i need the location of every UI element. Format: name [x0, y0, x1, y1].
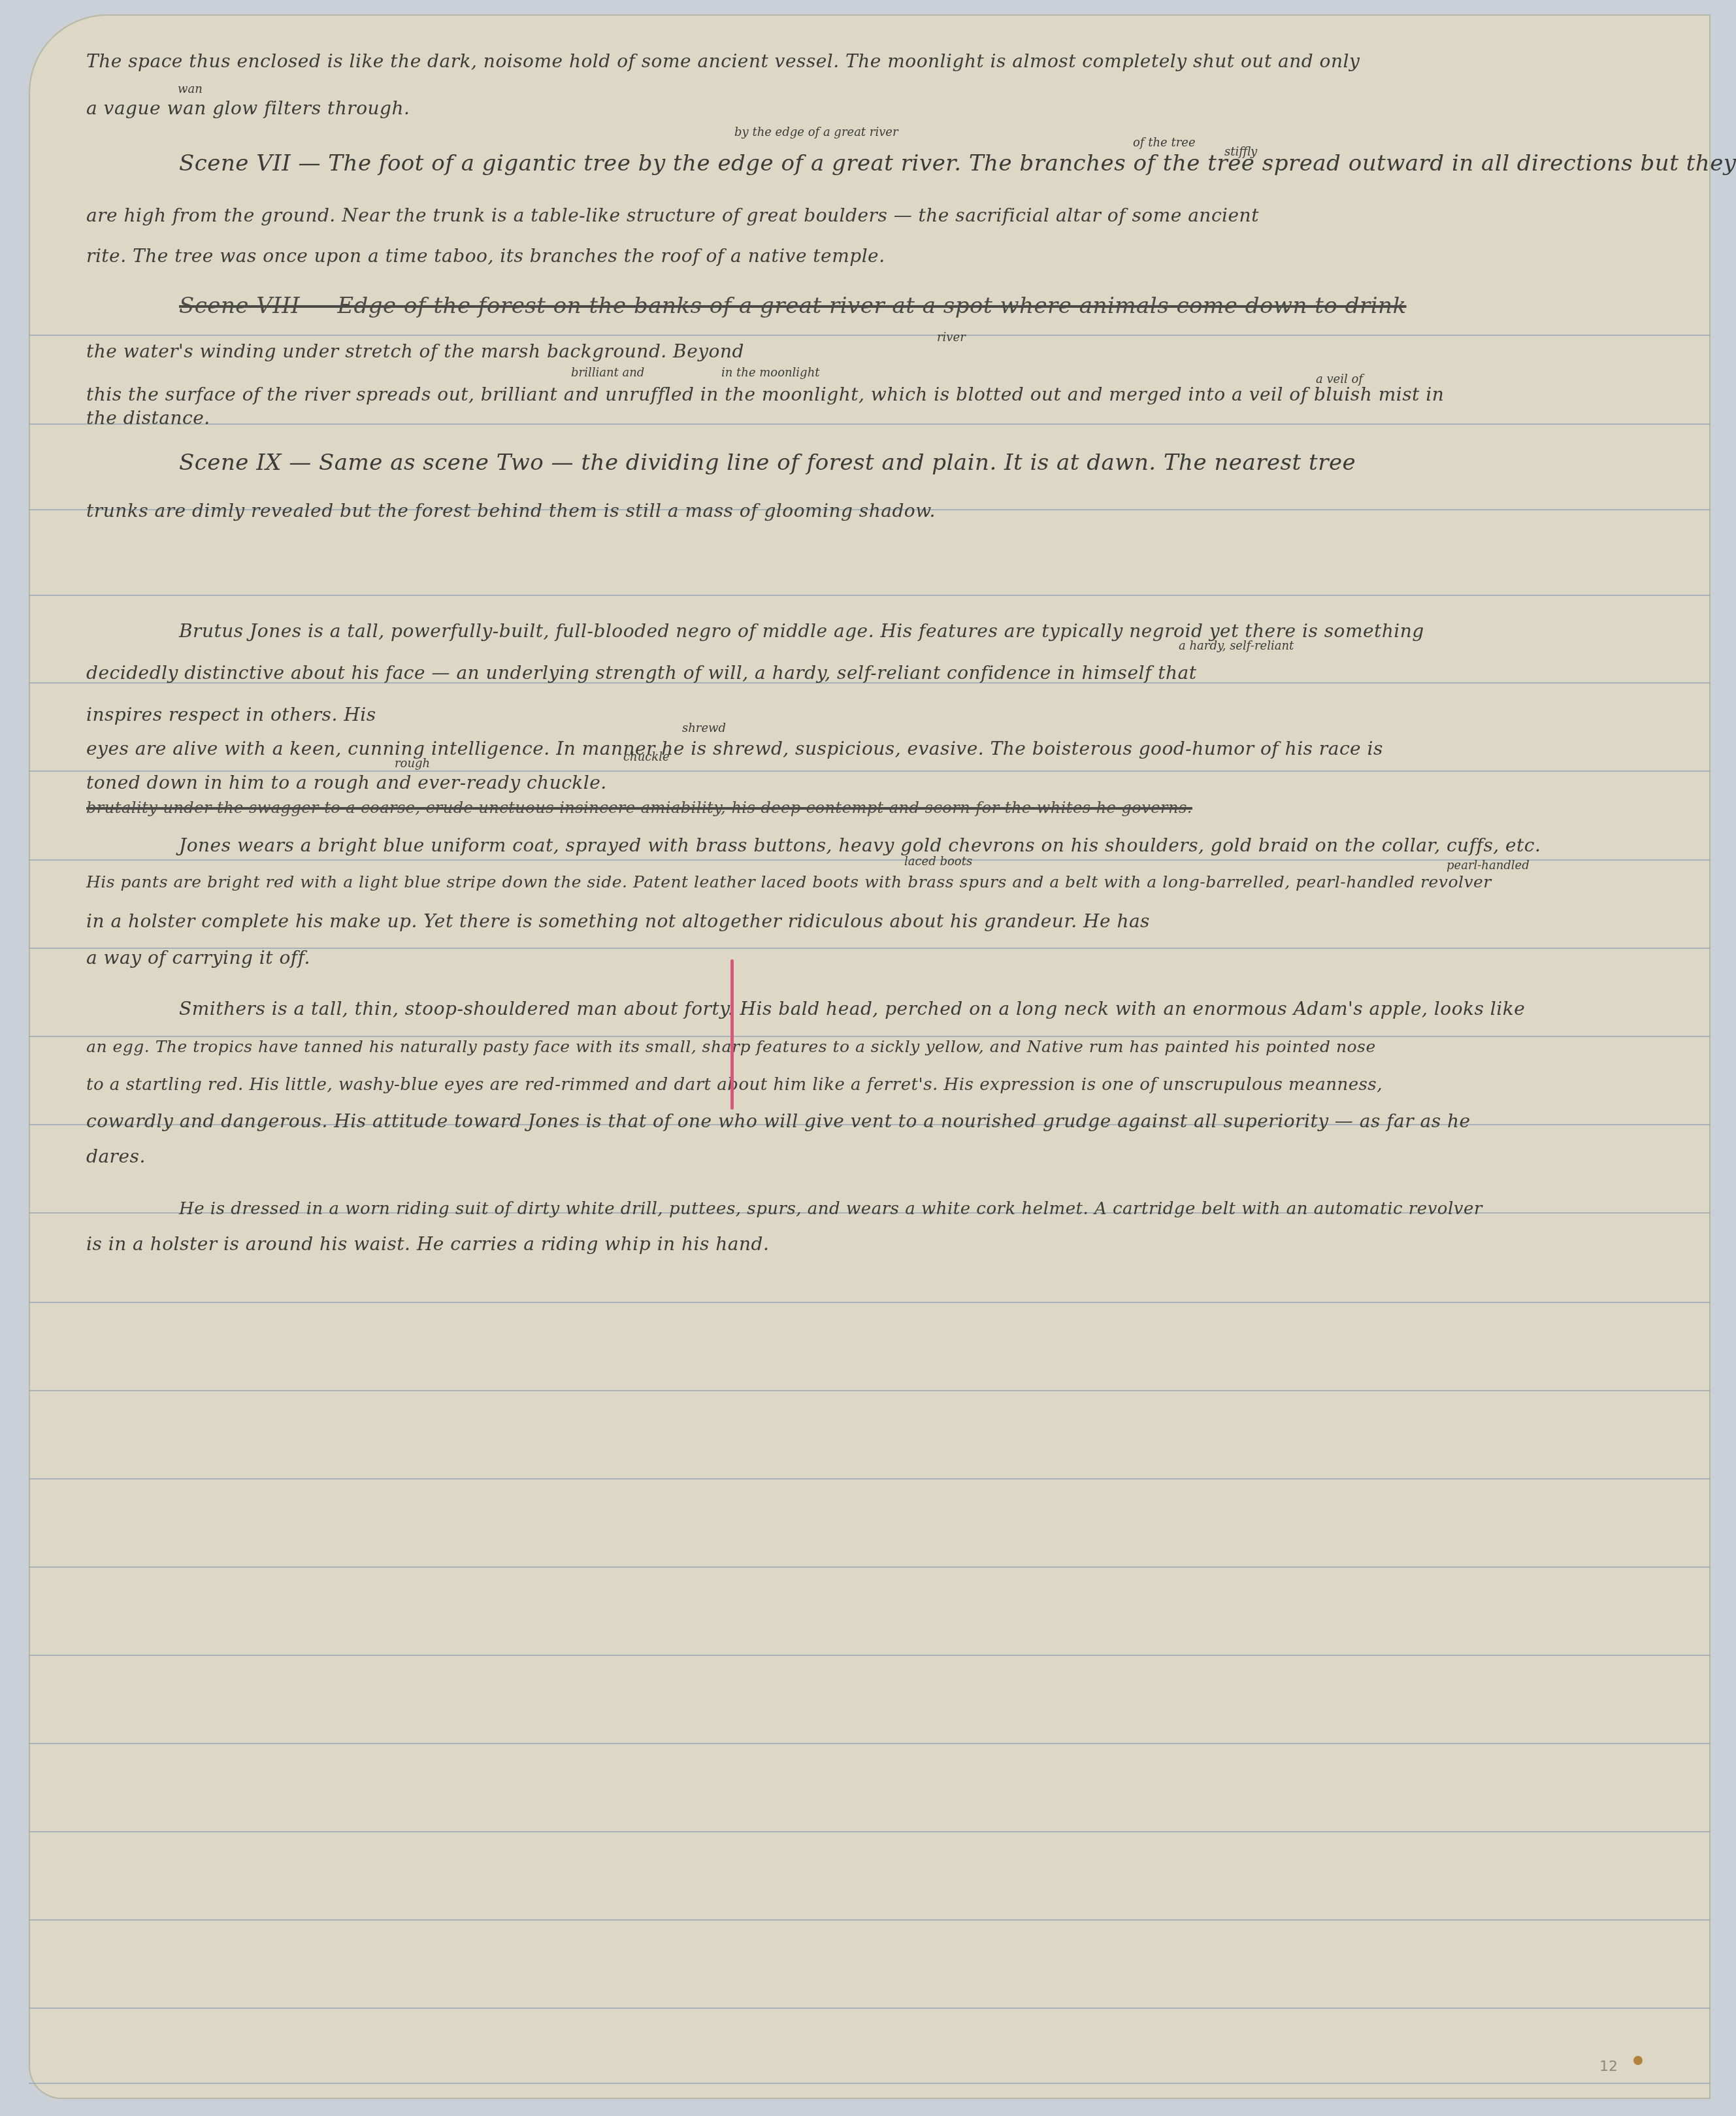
ruled-line	[29, 423, 1711, 425]
ruled-line	[29, 335, 1711, 336]
scene-heading: Scene VII — The foot of a gigantic tree …	[179, 152, 1736, 175]
scene-heading: Scene VIII — Edge of the forest on the b…	[179, 294, 1407, 318]
insertion: brilliant and	[571, 366, 644, 380]
text-line: The space thus enclosed is like the dark…	[86, 50, 1360, 73]
text-line: the water's winding under stretch of the…	[86, 340, 744, 363]
text-line: He is dressed in a worn riding suit of d…	[179, 1197, 1482, 1221]
insertion: wan	[178, 82, 203, 96]
ink-stain	[1633, 2056, 1643, 2065]
text-line: to a startling red. His little, washy-bl…	[86, 1073, 1383, 1097]
insertion: stiffly	[1224, 145, 1257, 159]
ruled-line	[29, 595, 1711, 596]
ruled-line	[29, 1302, 1711, 1303]
insertion: shrewd	[682, 721, 726, 735]
text-line: dares.	[86, 1145, 146, 1168]
text-line: a way of carrying it off.	[86, 946, 310, 970]
insertion: rough	[395, 757, 430, 770]
text-line: are high from the ground. Near the trunk…	[86, 204, 1259, 227]
ruled-line	[29, 1566, 1711, 1568]
ruled-line	[29, 1390, 1711, 1391]
text-line: inspires respect in others. His	[86, 703, 376, 727]
text-line: rite. The tree was once upon a time tabo…	[86, 244, 885, 268]
insertion: river	[937, 331, 966, 344]
text-line: His pants are bright red with a light bl…	[86, 870, 1492, 894]
insertion: a hardy, self-reliant	[1179, 639, 1294, 653]
text-line: Smithers is a tall, thin, stoop-shoulder…	[179, 997, 1525, 1021]
insertion: by the edge of a great river	[734, 125, 898, 139]
ruled-line	[29, 1743, 1711, 1744]
text-line: in a holster complete his make up. Yet t…	[86, 910, 1150, 933]
insertion: of the tree	[1133, 136, 1196, 150]
text-line: toned down in him to a rough and ever-re…	[86, 771, 607, 795]
ruled-line	[29, 1478, 1711, 1480]
text-line: the distance.	[86, 406, 210, 430]
insertion: in the moonlight	[721, 366, 819, 380]
insertion: chuckle	[623, 750, 670, 764]
text-line: a vague wan glow filters through.	[86, 97, 410, 120]
text-line: is in a holster is around his waist. He …	[86, 1232, 769, 1256]
text-line: trunks are dimly revealed but the forest…	[86, 499, 936, 523]
text-line: decidedly distinctive about his face — a…	[86, 661, 1196, 685]
manuscript-page: The space thus enclosed is like the dark…	[29, 14, 1711, 2099]
scene-heading: Scene IX — Same as scene Two — the divid…	[179, 451, 1356, 474]
ruled-line	[29, 2008, 1711, 2009]
ruled-line	[29, 1655, 1711, 1656]
text-line: this the surface of the river spreads ou…	[86, 383, 1444, 406]
ruled-line	[29, 1831, 1711, 1832]
red-pencil-mark	[730, 959, 734, 1110]
page-number: 12	[1599, 2058, 1618, 2075]
text-line: cowardly and dangerous. His attitude tow…	[86, 1110, 1471, 1133]
text-line: Jones wears a bright blue uniform coat, …	[179, 834, 1541, 857]
ruled-line	[29, 2083, 1711, 2084]
text-line: eyes are alive with a keen, cunning inte…	[86, 737, 1383, 761]
struck-line: brutality under the swagger to a coarse,…	[86, 796, 1192, 819]
insertion: laced boots	[904, 855, 972, 868]
ruled-line	[29, 1919, 1711, 1921]
